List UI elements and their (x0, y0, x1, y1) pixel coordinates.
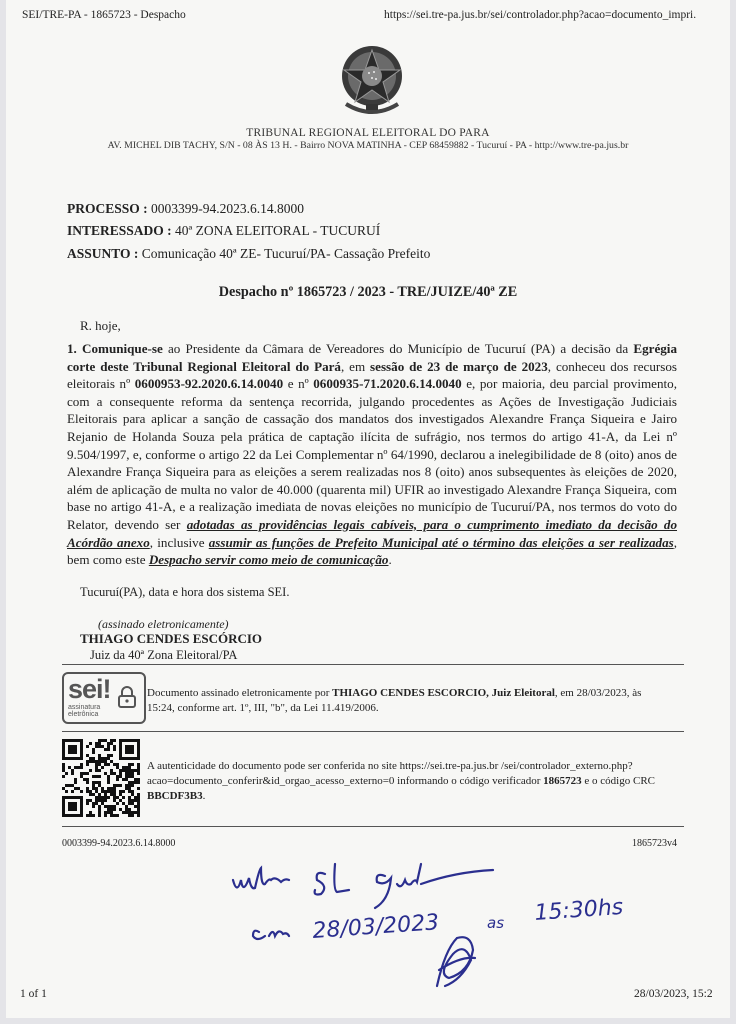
handwritten-receipt-note: 28/03/2023 as 15:30hs (225, 850, 705, 990)
print-page-number: 1 of 1 (20, 988, 47, 1000)
brazil-coat-of-arms-icon (336, 42, 408, 122)
greeting: R. hoje, (80, 318, 121, 334)
place-date: Tucuruí(PA), data e hora dos sistema SEI… (80, 585, 289, 600)
org-name: TRIBUNAL REGIONAL ELEITORAL DO PARA (0, 127, 736, 139)
divider (62, 731, 684, 732)
electronic-signature-text: Documento assinado eletronicamente por T… (147, 686, 667, 716)
meta-interessado: INTERESSADO : 40ª ZONA ELEITORAL - TUCUR… (67, 223, 380, 239)
document-title: Despacho nº 1865723 / 2023 - TRE/JUIZE/4… (0, 284, 736, 301)
divider (62, 826, 684, 827)
svg-text:28/03/2023: 28/03/2023 (312, 910, 440, 944)
sei-logo-word: sei! (68, 674, 111, 705)
signer-role: Juiz da 40ª Zona Eleitoral/PA (90, 648, 237, 663)
print-header-title: SEI/TRE-PA - 1865723 - Despacho (22, 9, 186, 21)
signer-name: THIAGO CENDES ESCÓRCIO (80, 631, 262, 647)
meta-processo: PROCESSO : 0003399-94.2023.6.14.8000 (67, 201, 304, 217)
authenticity-text: A autenticidade do documento pode ser co… (147, 759, 687, 804)
divider (62, 664, 684, 665)
sei-logo-subtitle: assinaturaeletrônica (68, 704, 100, 718)
print-datetime: 28/03/2023, 15:2 (634, 988, 713, 1000)
lock-icon (117, 686, 137, 708)
footer-process-number: 0003399-94.2023.6.14.8000 (62, 838, 175, 849)
sei-signature-logo: sei! assinaturaeletrônica (62, 672, 146, 724)
svg-text:15:30hs: 15:30hs (534, 895, 624, 926)
svg-text:as: as (487, 914, 504, 932)
qr-code (62, 739, 140, 817)
footer-version: 1865723v4 (632, 838, 677, 849)
meta-assunto: ASSUNTO : Comunicação 40ª ZE- Tucuruí/PA… (67, 246, 430, 262)
body-paragraph: 1. Comunique-se ao Presidente da Câmara … (67, 340, 677, 569)
print-header-url: https://sei.tre-pa.jus.br/sei/controlado… (384, 9, 696, 21)
signature-note: (assinado eletronicamente) (98, 617, 229, 632)
org-address: AV. MICHEL DIB TACHY, S/N - 08 ÀS 13 H. … (0, 140, 736, 151)
